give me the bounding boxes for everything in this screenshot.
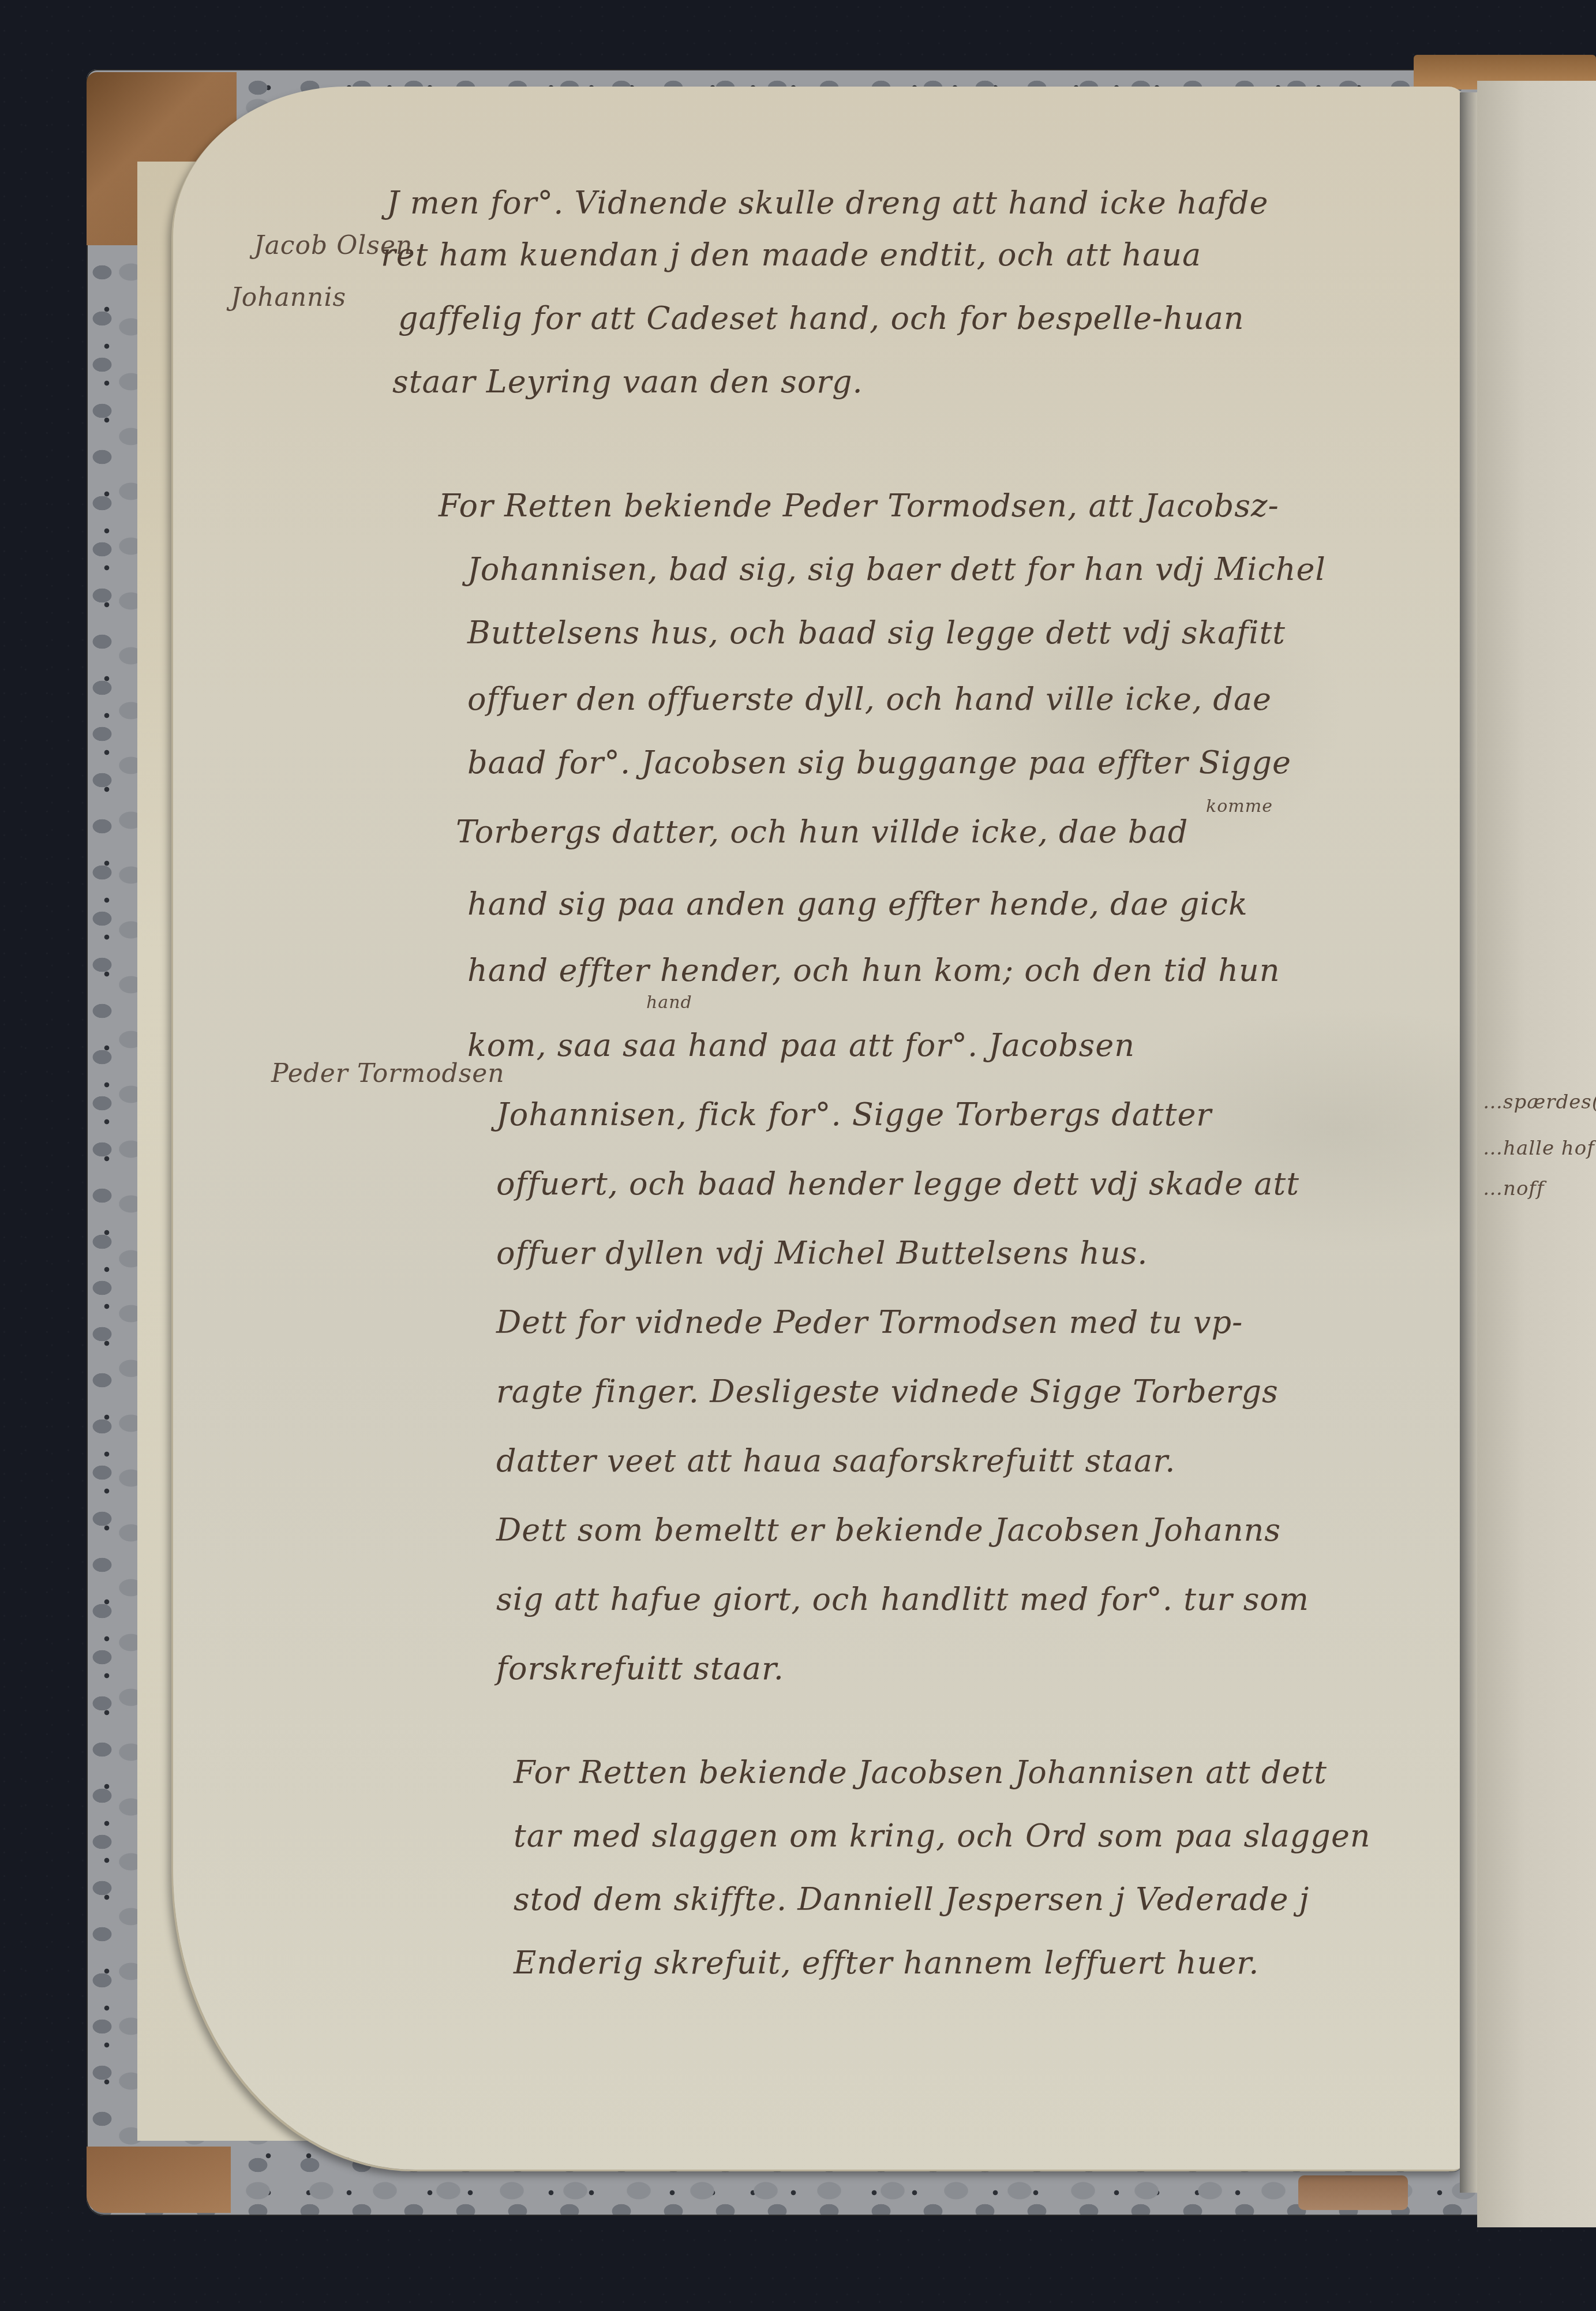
text-line: stod dem skiffte. Danniell Jespersen j V… xyxy=(514,1881,1309,1917)
text-line: offuer den offuerste dyll, och hand vill… xyxy=(467,681,1272,717)
text-line: gaffelig for att Cadeset hand, och for b… xyxy=(398,300,1245,336)
text-line: For Retten bekiende Jacobsen Johannisen … xyxy=(514,1754,1327,1791)
facing-page-fragment: …noff xyxy=(1483,1177,1545,1200)
book-gutter xyxy=(1460,92,1477,2193)
text-line: forskrefuitt staar. xyxy=(496,1650,784,1687)
text-line: tar med slaggen om kring, och Ord som pa… xyxy=(514,1818,1371,1854)
text-line: Dett som bemeltt er bekiende Jacobsen Jo… xyxy=(496,1512,1281,1548)
text-line: Buttelsens hus, och baad sig legge dett … xyxy=(467,615,1286,651)
interlinear-insertion: hand xyxy=(646,992,692,1013)
text-line: J men for°. Vidnende skulle dreng att ha… xyxy=(387,185,1268,221)
text-line: baad for°. Jacobsen sig buggange paa eff… xyxy=(467,744,1291,781)
text-line: Torbergs datter, och hun villde icke, da… xyxy=(456,814,1188,850)
text-line: ret ham kuendan j den maade endtit, och … xyxy=(381,237,1201,273)
text-line: Johannisen, bad sig, sig baer dett for h… xyxy=(467,551,1326,587)
text-line: Enderig skrefuit, effter hannem leffuert… xyxy=(514,1945,1259,1981)
margin-note: Johannis xyxy=(231,283,346,312)
text-line: staar Leyring vaan den sorg. xyxy=(392,364,863,400)
text-line: ragte finger. Desligeste vidnede Sigge T… xyxy=(496,1373,1279,1410)
text-line: hand effter hender, och hun kom; och den… xyxy=(467,952,1280,988)
text-line: Johannisen, fick for°. Sigge Torbergs da… xyxy=(496,1096,1212,1133)
interlinear-insertion: komme xyxy=(1206,796,1273,816)
text-line: datter veet att haua saaforskrefuitt sta… xyxy=(496,1443,1175,1479)
facing-page-fragment: …halle hofue xyxy=(1483,1137,1596,1160)
text-line: sig att hafue giort, och handlitt med fo… xyxy=(496,1581,1309,1617)
facing-page: …spærdes(?) …halle hofue …noff xyxy=(1477,81,1596,2227)
text-line: kom, saa saa hand paa att for°. Jacobsen xyxy=(467,1027,1135,1063)
leather-spine-bottom xyxy=(1298,2175,1408,2210)
leather-corner-bottom xyxy=(87,2147,231,2213)
text-line: hand sig paa anden gang effter hende, da… xyxy=(467,886,1248,922)
text-line: Dett for vidnede Peder Tormodsen med tu … xyxy=(496,1304,1243,1340)
facing-page-fragment: …spærdes(?) xyxy=(1483,1091,1596,1114)
text-line: offuer dyllen vdj Michel Buttelsens hus. xyxy=(496,1235,1148,1271)
text-line: For Retten bekiende Peder Tormodsen, att… xyxy=(439,488,1279,524)
text-line: offuert, och baad hender legge dett vdj … xyxy=(496,1166,1299,1202)
